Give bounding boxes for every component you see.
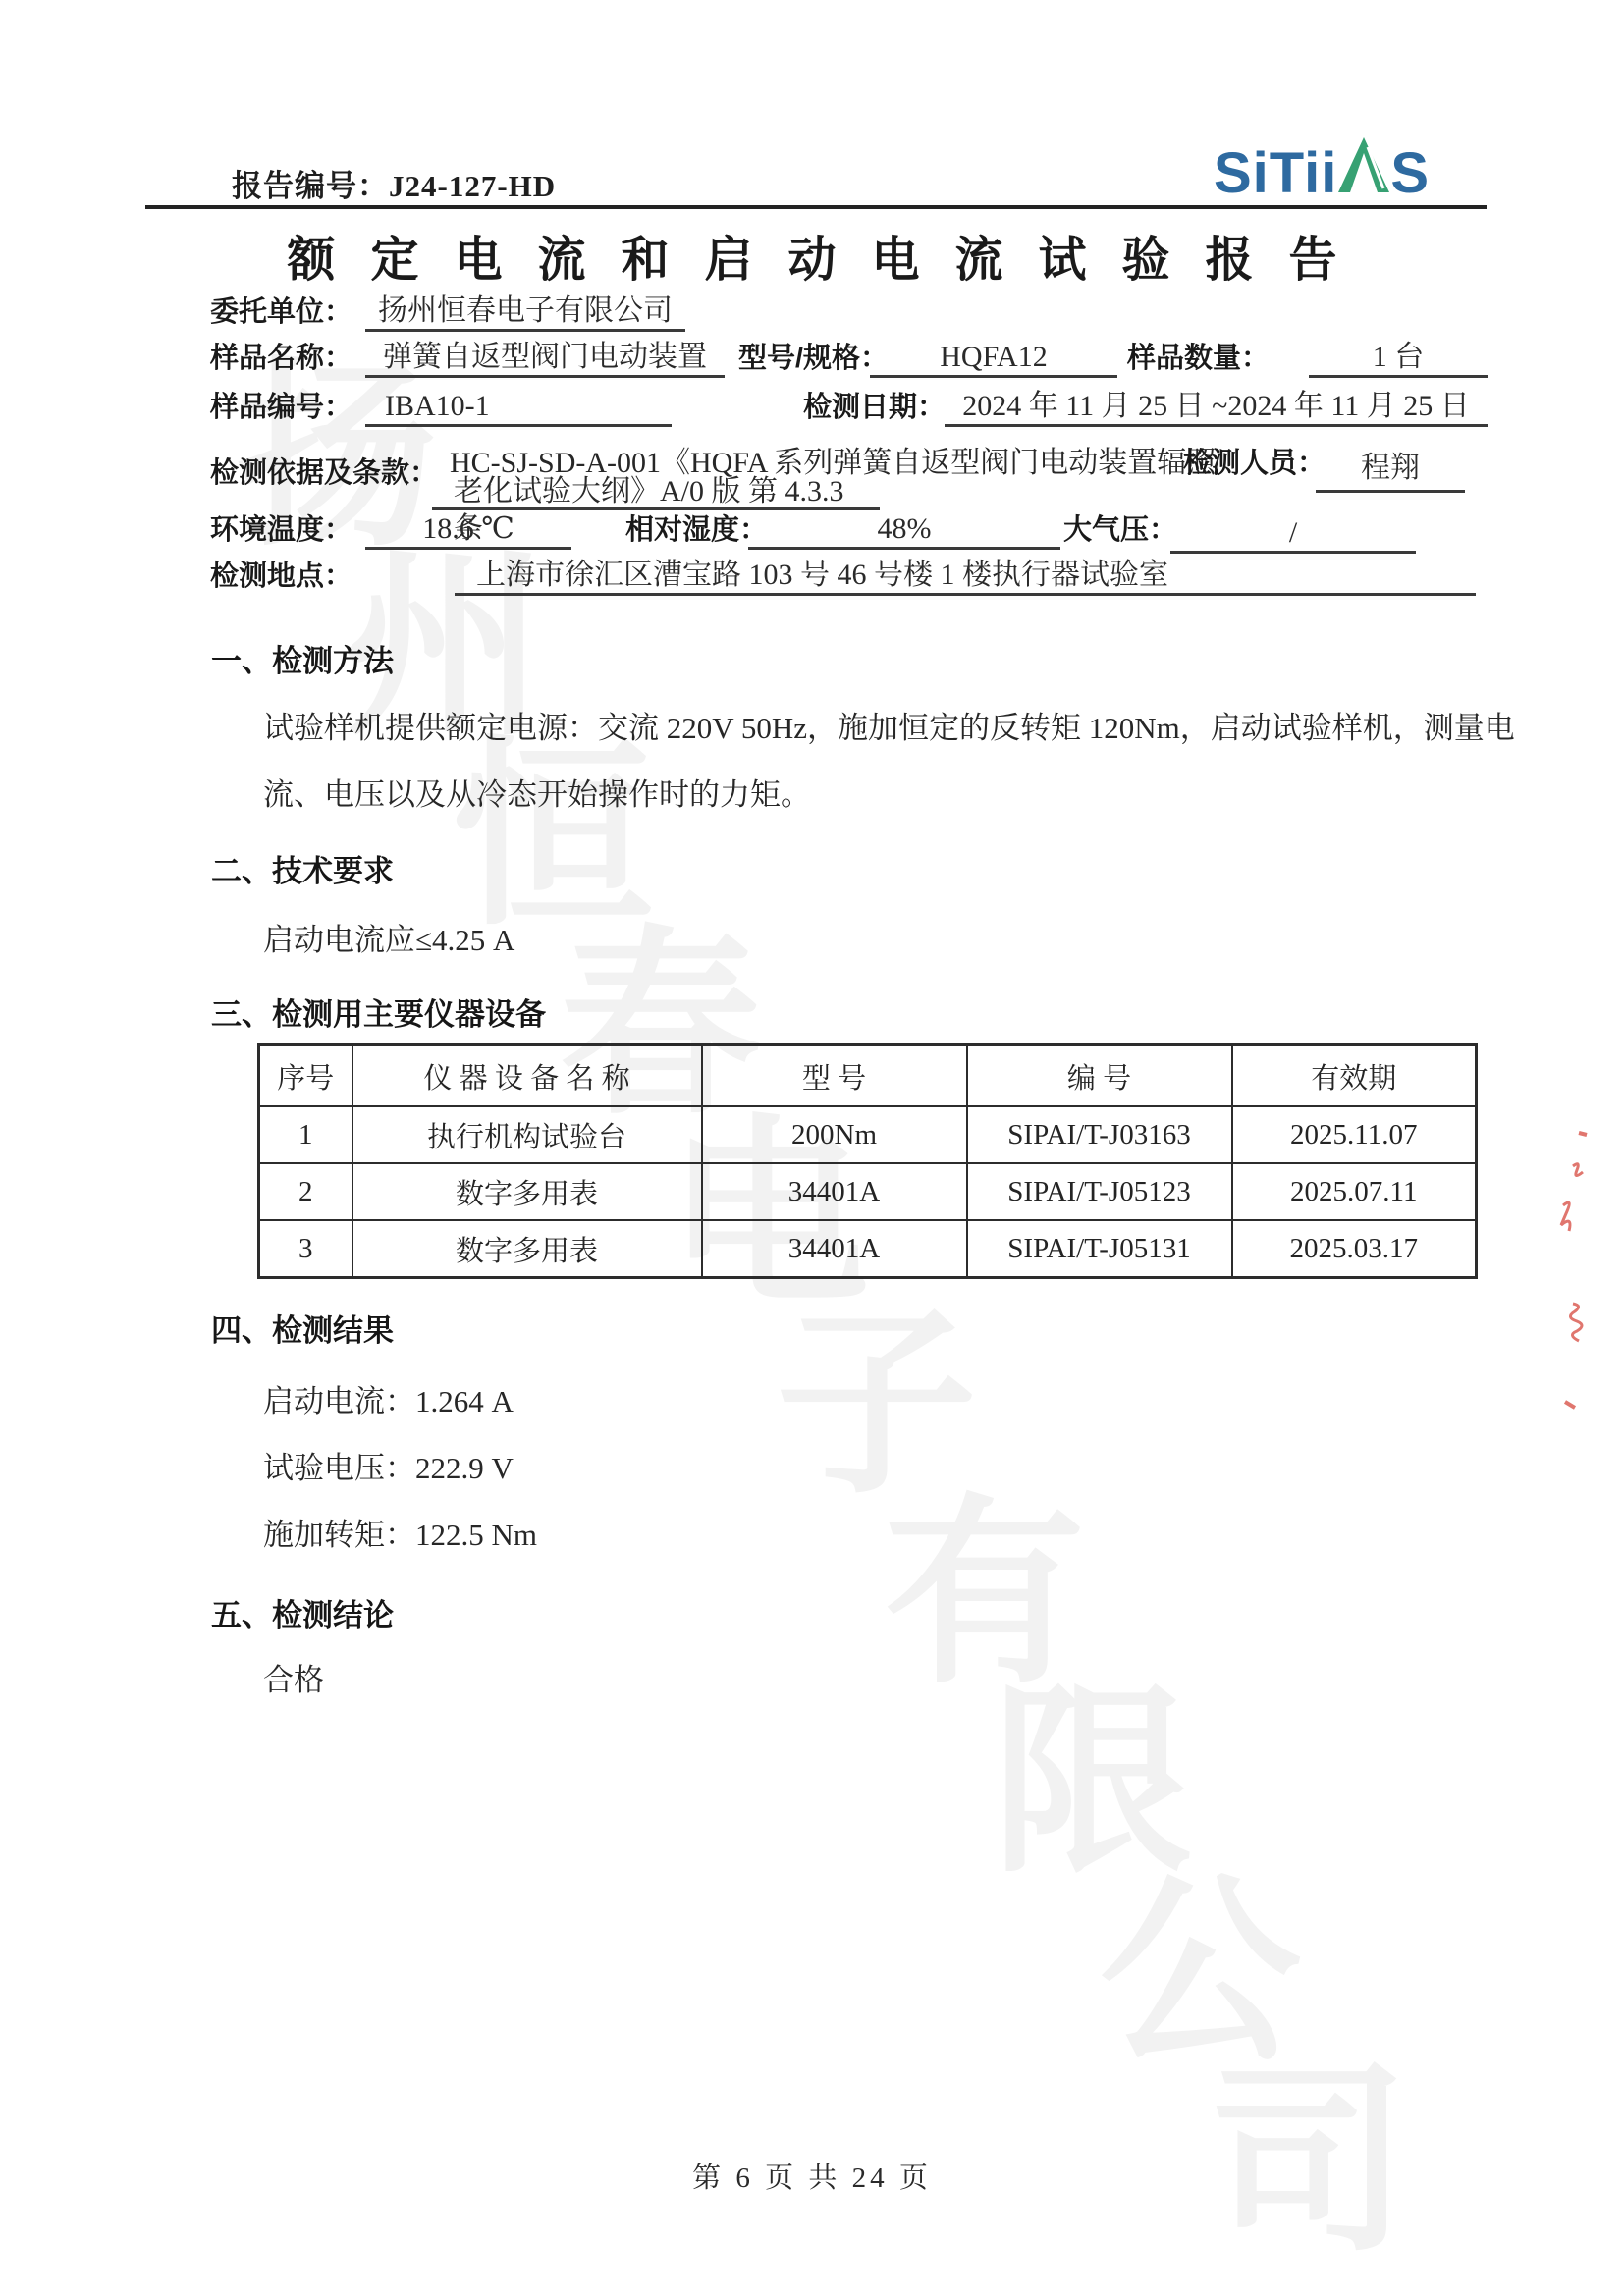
field-model-label: 型号/规格： <box>738 339 889 378</box>
col-header-instrument-name: 仪 器 设 备 名 称 <box>352 1045 702 1107</box>
cell-model: 34401A <box>702 1163 967 1220</box>
field-quantity-value: 1 台 <box>1309 337 1488 378</box>
cell-instrument-name: 数字多用表 <box>352 1163 702 1220</box>
report-number-value: J24-127-HD <box>389 169 556 203</box>
scanned-test-report-page: 扬州恒春电子有限公司 报告编号：J24-127-HD SiTiiS 额定电流和启… <box>0 0 1624 2296</box>
table-row: 2 数字多用表 34401A SIPAI/T-J05123 2025.07.11 <box>259 1163 1477 1220</box>
report-number-label: 报告编号： <box>232 169 389 203</box>
field-sample-no-value: IBA10-1 <box>365 386 672 427</box>
field-client-value: 扬州恒春电子有限公司 <box>365 291 685 332</box>
cell-serial: SIPAI/T-J05131 <box>967 1220 1232 1278</box>
section-1-text-line2: 流、电压以及从冷态开始操作时的力矩。 <box>263 770 811 814</box>
instrument-table-header-row: 序号 仪 器 设 备 名 称 型 号 编 号 有效期 <box>259 1045 1477 1107</box>
cell-serial: SIPAI/T-J05123 <box>967 1163 1232 1220</box>
section-4-heading: 四、检测结果 <box>211 1306 394 1350</box>
cell-model: 200Nm <box>702 1106 967 1163</box>
logo-text-suffix: S <box>1390 145 1430 202</box>
report-number: 报告编号：J24-127-HD <box>232 161 556 205</box>
red-ink-mark <box>1549 1129 1593 1256</box>
field-location-value: 上海市徐汇区漕宝路 103 号 46 号楼 1 楼执行器试验室 <box>455 555 1476 596</box>
field-temperature-value: 18.6 ℃ <box>365 508 571 550</box>
field-sample-name-value: 弹簧自返型阀门电动装置 <box>365 337 725 378</box>
cell-serial: SIPAI/T-J03163 <box>967 1106 1232 1163</box>
logo-text-prefix: SiTii <box>1214 145 1337 202</box>
result-applied-torque: 施加转矩：122.5 Nm <box>263 1510 537 1554</box>
cell-model: 34401A <box>702 1220 967 1278</box>
table-row: 3 数字多用表 34401A SIPAI/T-J05131 2025.03.17 <box>259 1220 1477 1278</box>
document-title: 额定电流和启动电流试验报告 <box>0 222 1624 291</box>
watermark-char: 司 <box>1208 2000 1409 2289</box>
field-basis-line2: 老化试验大纲》A/0 版 第 4.3.3 条 <box>432 473 880 510</box>
col-header-index: 序号 <box>259 1045 352 1107</box>
field-location-label: 检测地点： <box>210 557 352 596</box>
cell-instrument-name: 执行机构试验台 <box>352 1106 702 1163</box>
section-1-text-line1: 试验样机提供额定电源：交流 220V 50Hz，施加恒定的反转矩 120Nm，启… <box>263 703 1515 747</box>
cell-index: 2 <box>259 1163 352 1220</box>
cell-index: 1 <box>259 1106 352 1163</box>
logo-triangle-a-icon <box>1338 137 1389 202</box>
field-quantity-label: 样品数量： <box>1127 339 1270 378</box>
result-test-voltage: 试验电压：222.9 V <box>263 1443 514 1487</box>
red-ink-mark <box>1553 1296 1589 1423</box>
section-3-heading: 三、检测用主要仪器设备 <box>211 989 546 1034</box>
section-2-heading: 二、技术要求 <box>211 846 394 890</box>
page-footer: 第 6 页 共 24 页 <box>0 2156 1624 2196</box>
cell-index: 3 <box>259 1220 352 1278</box>
table-row: 1 执行机构试验台 200Nm SIPAI/T-J03163 2025.11.0… <box>259 1106 1477 1163</box>
header-divider-rule <box>145 205 1487 209</box>
cell-validity: 2025.11.07 <box>1232 1106 1477 1163</box>
instrument-table: 序号 仪 器 设 备 名 称 型 号 编 号 有效期 1 执行机构试验台 200… <box>257 1043 1478 1279</box>
field-basis-label: 检测依据及条款： <box>210 454 438 493</box>
col-header-validity: 有效期 <box>1232 1045 1477 1107</box>
conclusion-text: 合格 <box>263 1655 324 1699</box>
col-header-model: 型 号 <box>702 1045 967 1107</box>
result-start-current: 启动电流：1.264 A <box>263 1376 514 1420</box>
section-5-heading: 五、检测结论 <box>211 1590 394 1634</box>
section-1-heading: 一、检测方法 <box>211 636 394 680</box>
field-pressure-label: 大气压： <box>1063 510 1177 550</box>
field-sample-no-label: 样品编号： <box>210 388 352 427</box>
col-header-serial: 编 号 <box>967 1045 1232 1107</box>
field-tester-label: 检测人员： <box>1183 444 1326 483</box>
field-temperature-label: 环境温度： <box>210 510 352 550</box>
cell-validity: 2025.07.11 <box>1232 1163 1477 1220</box>
field-humidity-value: 48% <box>748 508 1060 550</box>
field-pressure-value: / <box>1170 512 1416 554</box>
field-client-label: 委托单位： <box>210 293 352 332</box>
cell-validity: 2025.03.17 <box>1232 1220 1477 1278</box>
field-humidity-label: 相对湿度： <box>625 510 768 550</box>
sitiias-logo: SiTiiS <box>1214 126 1489 202</box>
field-sample-name-label: 样品名称： <box>210 339 352 378</box>
cell-instrument-name: 数字多用表 <box>352 1220 702 1278</box>
field-tester-value: 程翔 <box>1316 448 1465 493</box>
field-test-date-label: 检测日期： <box>803 388 946 427</box>
section-2-text: 启动电流应≤4.25 A <box>263 915 514 959</box>
field-model-value: HQFA12 <box>870 337 1117 378</box>
field-test-date-value: 2024 年 11 月 25 日 ~2024 年 11 月 25 日 <box>945 386 1488 427</box>
